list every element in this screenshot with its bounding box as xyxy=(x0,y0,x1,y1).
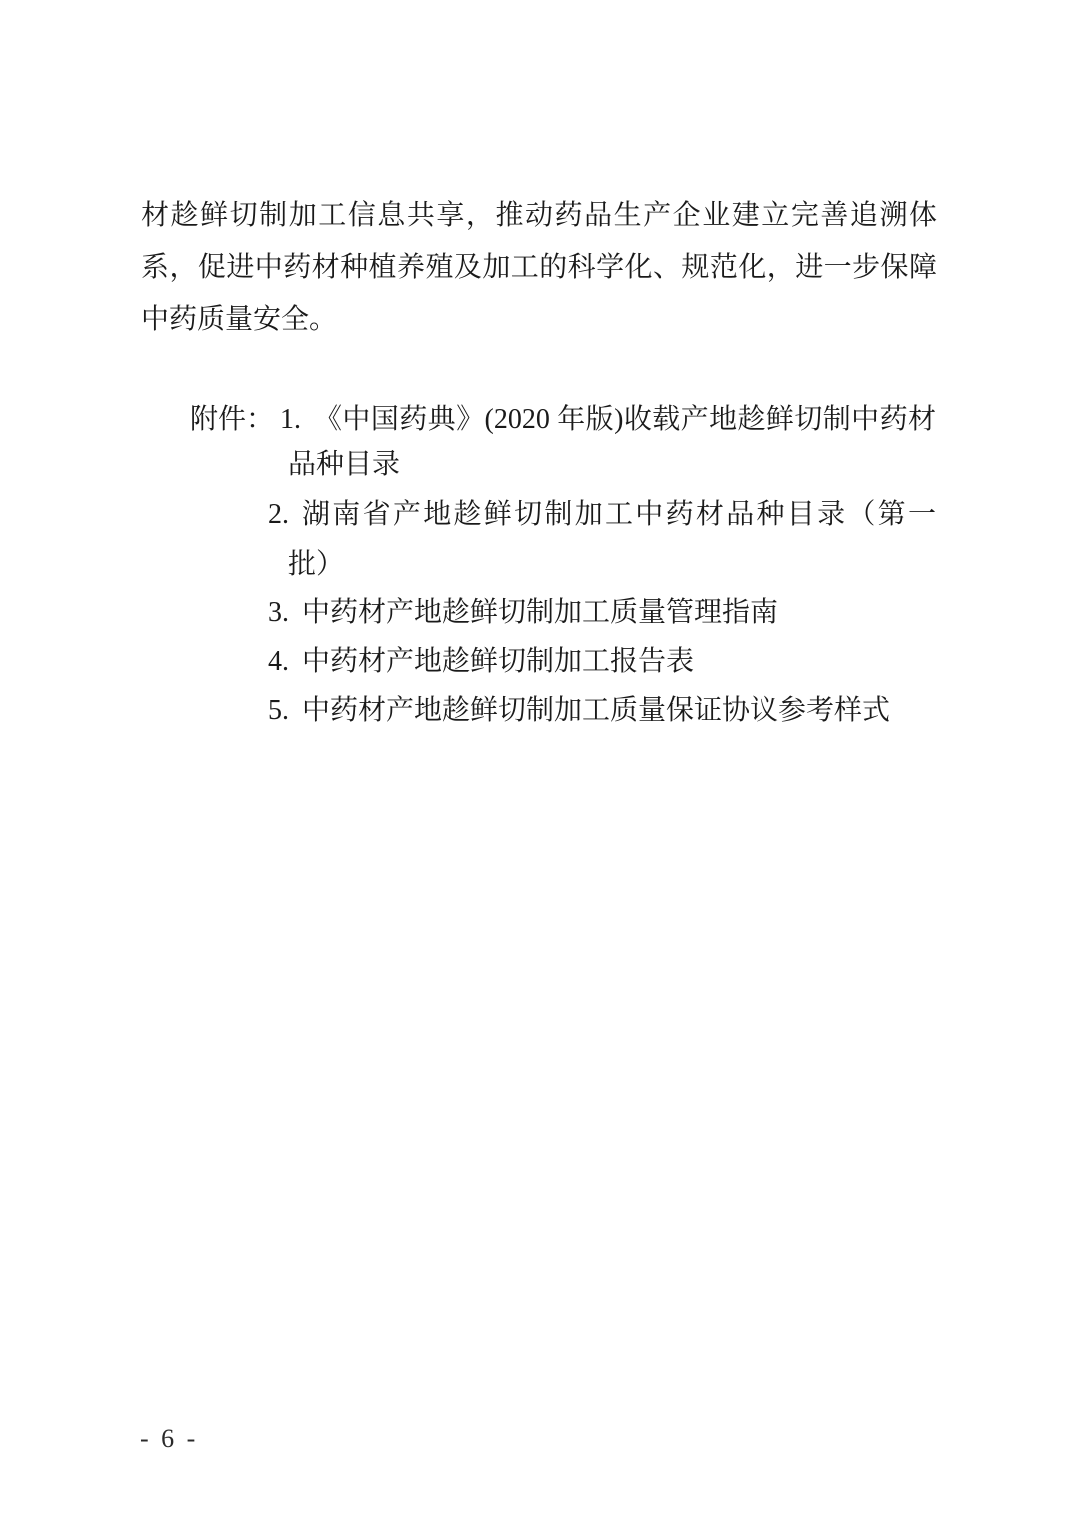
page-number: - 6 - xyxy=(140,1422,198,1456)
paragraph-line: 材趁鲜切制加工信息共享，推动药品生产企业建立完善追溯体 xyxy=(141,190,937,242)
attachment-item-number: 2. xyxy=(268,493,302,537)
attachments-label: 附件： xyxy=(190,398,274,442)
attachment-item-text: 中药材产地趁鲜切制加工质量保证协议参考样式 xyxy=(302,689,936,733)
attachment-item-number: 3. xyxy=(268,591,302,635)
body-paragraph: 材趁鲜切制加工信息共享，推动药品生产企业建立完善追溯体 系，促进中药材种植养殖及… xyxy=(141,190,937,346)
attachment-item-text: 《中国药典》(2020 年版)收载产地趁鲜切制中药材 xyxy=(314,398,936,442)
document-page: 材趁鲜切制加工信息共享，推动药品生产企业建立完善追溯体 系，促进中药材种植养殖及… xyxy=(0,0,1080,1528)
attachment-item: 5. 中药材产地趁鲜切制加工质量保证协议参考样式 xyxy=(268,689,936,733)
attachment-item-text: 中药材产地趁鲜切制加工质量管理指南 xyxy=(302,591,936,635)
attachment-item-text-continuation: 品种目录 xyxy=(288,443,400,487)
attachment-item-text-continuation: 批） xyxy=(288,543,344,587)
attachment-item: 3. 中药材产地趁鲜切制加工质量管理指南 xyxy=(268,591,936,635)
attachment-item: 2. 湖南省产地趁鲜切制加工中药材品种目录（第一 xyxy=(268,493,936,537)
attachment-item: 附件： 1. 《中国药典》(2020 年版)收载产地趁鲜切制中药材 xyxy=(190,398,936,442)
attachment-item-number: 1. xyxy=(280,398,314,442)
attachment-item-text: 湖南省产地趁鲜切制加工中药材品种目录（第一 xyxy=(302,493,936,537)
attachment-item-number: 5. xyxy=(268,689,302,733)
attachment-item-number: 4. xyxy=(268,640,302,684)
paragraph-line: 系，促进中药材种植养殖及加工的科学化、规范化，进一步保障 xyxy=(141,242,937,294)
attachment-item: 4. 中药材产地趁鲜切制加工报告表 xyxy=(268,640,936,684)
attachment-item-text: 中药材产地趁鲜切制加工报告表 xyxy=(302,640,936,684)
paragraph-line: 中药质量安全。 xyxy=(141,294,937,346)
